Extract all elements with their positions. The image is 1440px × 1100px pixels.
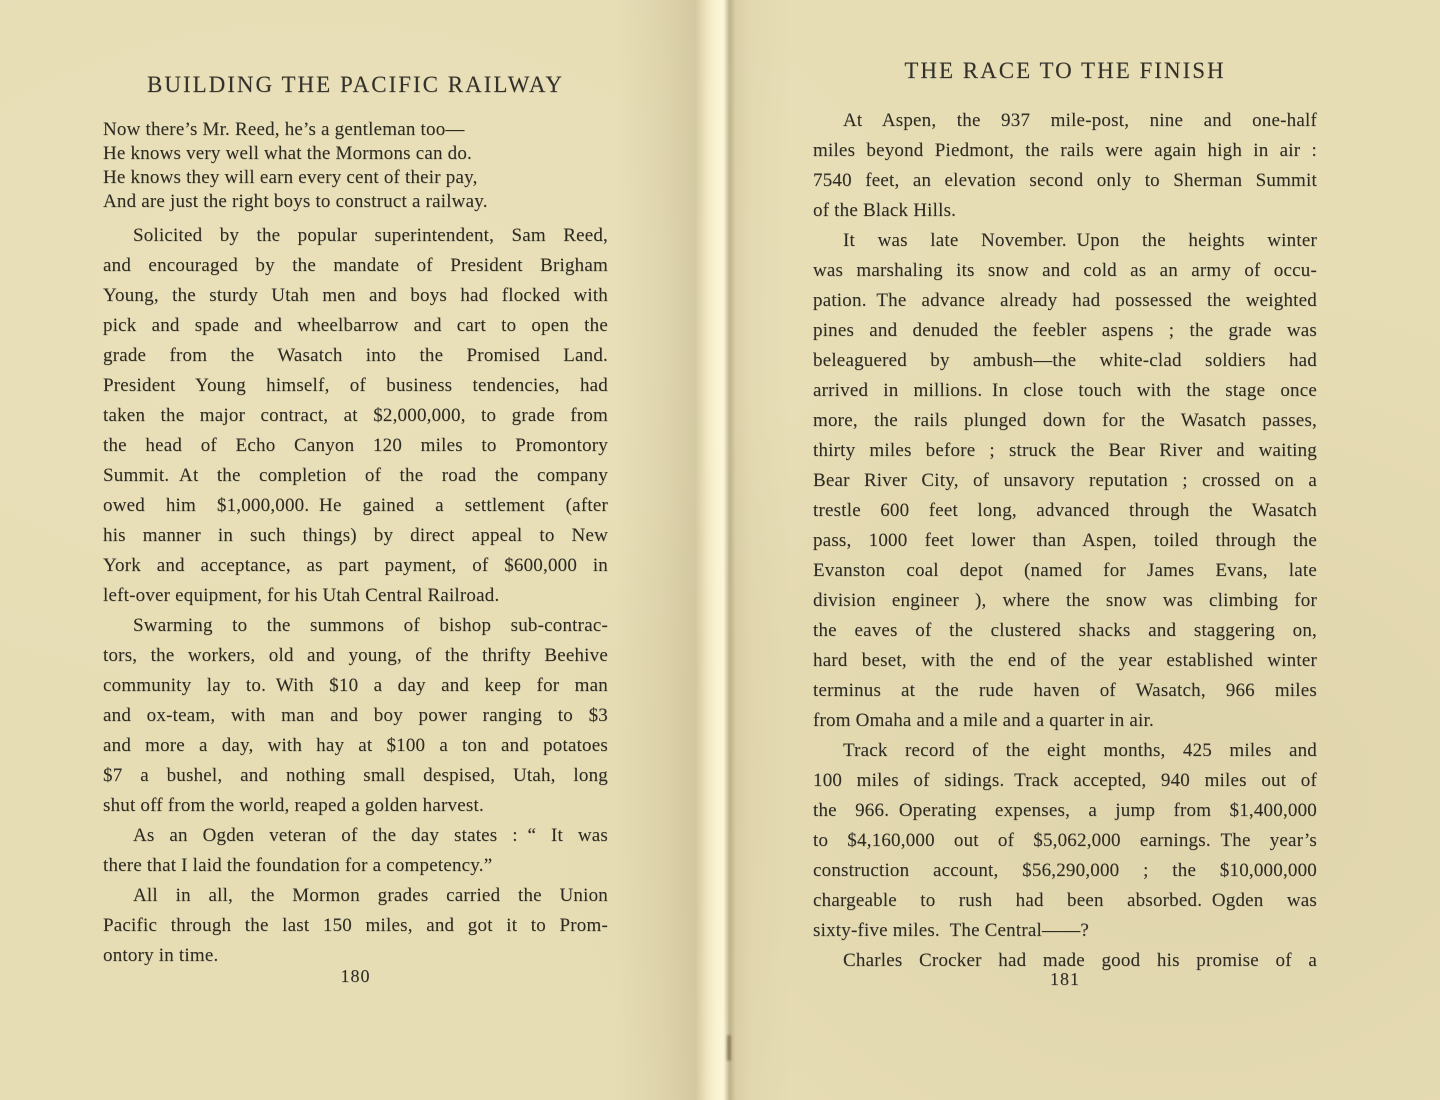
text-line: the eaves of the clustered shacks and st… — [813, 616, 1317, 646]
text-line: He knows very well what the Mormons can … — [103, 142, 608, 166]
text-line: Summit. At the completion of the road th… — [103, 461, 608, 491]
text-line: and ox-team, with man and boy power rang… — [103, 701, 608, 731]
text-line: terminus at the rude haven of Wasatch, 9… — [813, 676, 1317, 706]
text-line: more, the rails plunged down for the Was… — [813, 406, 1317, 436]
text-line: Swarming to the summons of bishop sub-co… — [103, 611, 608, 641]
text-line: 100 miles of sidings. Track accepted, 94… — [813, 766, 1317, 796]
text-line: pass, 1000 feet lower than Aspen, toiled… — [813, 526, 1317, 556]
left-page-body: Now there’s Mr. Reed, he’s a gentleman t… — [103, 118, 608, 971]
text-line: left-over equipment, for his Utah Centra… — [103, 581, 608, 611]
text-line: Evanston coal depot (named for James Eva… — [813, 556, 1317, 586]
text-line: community lay to. With $10 a day and kee… — [103, 671, 608, 701]
text-line: was marshaling its snow and cold as an a… — [813, 256, 1317, 286]
text-line: He knows they will earn every cent of th… — [103, 166, 608, 190]
text-line: arrived in millions. In close touch with… — [813, 376, 1317, 406]
text-line: to $4,160,000 out of $5,062,000 earnings… — [813, 826, 1317, 856]
text-line: tors, the workers, old and young, of the… — [103, 641, 608, 671]
text-line: sixty-five miles. The Central——? — [813, 916, 1317, 946]
text-line: of the Black Hills. — [813, 196, 1317, 226]
text-line: Bear River City, of unsavory reputation … — [813, 466, 1317, 496]
text-line: Track record of the eight months, 425 mi… — [813, 736, 1317, 766]
text-line: York and acceptance, as part payment, of… — [103, 551, 608, 581]
text-line: division engineer ), where the snow was … — [813, 586, 1317, 616]
poem: Now there’s Mr. Reed, he’s a gentleman t… — [103, 118, 608, 214]
text-line: At Aspen, the 937 mile-post, nine and on… — [813, 106, 1317, 136]
text-line: As an Ogden veteran of the day states : … — [103, 821, 608, 851]
text-line: It was late November. Upon the heights w… — [813, 226, 1317, 256]
text-line: shut off from the world, reaped a golden… — [103, 791, 608, 821]
right-page-number: 181 — [813, 969, 1317, 990]
book-gutter-shadow — [615, 0, 790, 1100]
text-line: Pacific through the last 150 miles, and … — [103, 911, 608, 941]
text-line: grade from the Wasatch into the Promised… — [103, 341, 608, 371]
text-line: thirty miles before ; struck the Bear Ri… — [813, 436, 1317, 466]
text-line: Solicited by the popular superintendent,… — [103, 221, 608, 251]
text-line: taken the major contract, at $2,000,000,… — [103, 401, 608, 431]
text-line: beleaguered by ambush—the white-clad sol… — [813, 346, 1317, 376]
text-line: hard beset, with the end of the year est… — [813, 646, 1317, 676]
text-line: the head of Echo Canyon 120 miles to Pro… — [103, 431, 608, 461]
text-line: construction account, $56,290,000 ; the … — [813, 856, 1317, 886]
text-line: miles beyond Piedmont, the rails were ag… — [813, 136, 1317, 166]
book-spread: { "book": { "left_page": { "header": "BU… — [0, 0, 1440, 1100]
right-page-body: At Aspen, the 937 mile-post, nine and on… — [813, 106, 1317, 976]
text-line: from Omaha and a mile and a quarter in a… — [813, 706, 1317, 736]
text-line: chargeable to rush had been absorbed. Og… — [813, 886, 1317, 916]
left-page-header: BUILDING THE PACIFIC RAILWAY — [103, 72, 608, 98]
right-page-header: THE RACE TO THE FINISH — [813, 58, 1317, 84]
text-line: All in all, the Mormon grades carried th… — [103, 881, 608, 911]
text-line: Now there’s Mr. Reed, he’s a gentleman t… — [103, 118, 608, 142]
text-line: and more a day, with hay at $100 a ton a… — [103, 731, 608, 761]
text-line: $7 a bushel, and nothing small despised,… — [103, 761, 608, 791]
text-line: his manner in such things) by direct app… — [103, 521, 608, 551]
text-line: 7540 feet, an elevation second only to S… — [813, 166, 1317, 196]
text-line: And are just the right boys to construct… — [103, 190, 608, 214]
left-page-number: 180 — [103, 966, 608, 987]
text-line: owed him $1,000,000. He gained a settlem… — [103, 491, 608, 521]
gutter-seam-speck — [727, 1035, 731, 1061]
text-line: pick and spade and wheelbarrow and cart … — [103, 311, 608, 341]
text-line: Young, the sturdy Utah men and boys had … — [103, 281, 608, 311]
text-line: and encouraged by the mandate of Preside… — [103, 251, 608, 281]
text-line: pation. The advance already had possesse… — [813, 286, 1317, 316]
text-line: President Young himself, of business ten… — [103, 371, 608, 401]
text-line: there that I laid the foundation for a c… — [103, 851, 608, 881]
text-line: the 966. Operating expenses, a jump from… — [813, 796, 1317, 826]
text-line: trestle 600 feet long, advanced through … — [813, 496, 1317, 526]
text-line: pines and denuded the feebler aspens ; t… — [813, 316, 1317, 346]
